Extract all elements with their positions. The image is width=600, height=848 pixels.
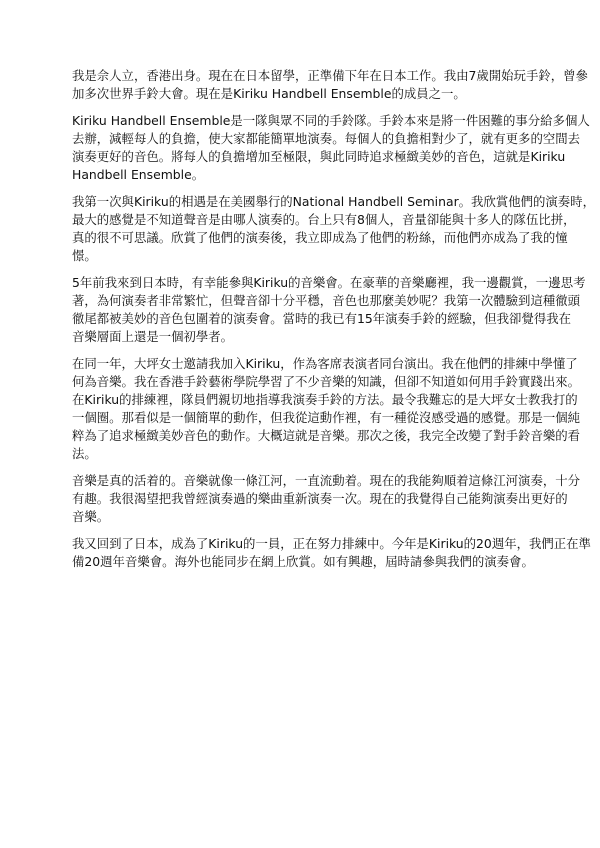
text-line: Handbell Ensemble。 — [72, 166, 534, 184]
text-line: 加多次世界手鈴大會。現在是Kiriku Handbell Ensemble的成員… — [72, 85, 534, 103]
text-line: 粹為了追求極緻美妙音色的動作。大概這就是音樂。那次之後，我完全改變了對手鈴音樂的… — [72, 427, 534, 445]
text-line: 音樂層面上還是一個初學者。 — [72, 328, 534, 346]
text-line: 5年前我來到日本時，有幸能參與Kiriku的音樂會。在豪華的音樂廳裡，我一邊觀賞… — [72, 274, 534, 292]
paragraph-anniversary-concert: 我又回到了日本，成為了Kiriku的一員，正在努力排練中。今年是Kiriku的2… — [72, 535, 534, 571]
paragraph-joining-kiriku: 在同一年，大坪女士邀請我加入Kiriku，作為客席表演者同台演出。我在他們的排練… — [72, 355, 534, 463]
text-line: 我第一次與Kiriku的相遇是在美國舉行的National Handbell S… — [72, 193, 534, 211]
text-line: 有趣。我很渴望把我曾經演奏過的樂曲重新演奏一次。現在的我覺得自己能夠演奏出更好的 — [72, 490, 534, 508]
paragraph-concert-experience: 5年前我來到日本時，有幸能參與Kiriku的音樂會。在豪華的音樂廳裡，我一邊觀賞… — [72, 274, 534, 346]
text-line: 音樂。 — [72, 508, 534, 526]
paragraph-first-encounter: 我第一次與Kiriku的相遇是在美國舉行的National Handbell S… — [72, 193, 534, 265]
text-line: 一個圈。那看似是一個簡單的動作，但我從這動作裡，有一種從沒感受過的感覺。那是一個… — [72, 409, 534, 427]
text-line: 真的很不可思議。欣賞了他們的演奏後，我立即成為了他們的粉絲，而他們亦成為了我的憧 — [72, 229, 534, 247]
text-line: 在Kiriku的排練裡，隊員們親切地指導我演奏手鈴的方法。最令我難忘的是大坪女士… — [72, 391, 534, 409]
text-line: 去辦，減輕每人的負擔，使大家都能簡單地演奏。每個人的負擔相對少了，就有更多的空間… — [72, 130, 534, 148]
text-line: 演奏更好的音色。將每人的負擔增加至極限，與此同時追求極緻美妙的音色，這就是Kir… — [72, 148, 534, 166]
text-line: 最大的感覺是不知道聲音是由哪人演奏的。台上只有8個人，音量卻能與十多人的隊伍比拼… — [72, 211, 534, 229]
text-line: 音樂是真的活着的。音樂就像一條江河，一直流動着。現在的我能夠順着這條江河演奏，十… — [72, 472, 534, 490]
paragraph-introduction: 我是佘人立，香港出身。現在在日本留學，正準備下年在日本工作。我由7歲開始玩手鈴，… — [72, 67, 534, 103]
text-line: 法。 — [72, 445, 534, 463]
text-line: 著，為何演奏者非常繁忙，但聲音卻十分平穩，音色也那麼美妙呢？我第一次體驗到這種徹… — [72, 292, 534, 310]
paragraph-music-is-alive: 音樂是真的活着的。音樂就像一條江河，一直流動着。現在的我能夠順着這條江河演奏，十… — [72, 472, 534, 526]
text-line: 何為音樂。我在香港手鈴藝術學院學習了不少音樂的知識，但卻不知道如何用手鈴實踐出來… — [72, 373, 534, 391]
text-line: 備20週年音樂會。海外也能同步在網上欣賞。如有興趣，屆時請參與我們的演奏會。 — [72, 553, 534, 571]
document-body: 我是佘人立，香港出身。現在在日本留學，正準備下年在日本工作。我由7歲開始玩手鈴，… — [72, 67, 534, 580]
text-line: 憬。 — [72, 247, 534, 265]
text-line: Kiriku Handbell Ensemble是一隊與眾不同的手鈴隊。手鈴本來… — [72, 112, 534, 130]
text-line: 徹尾都被美妙的音色包圍着的演奏會。當時的我已有15年演奏手鈴的經驗，但我卻覺得我… — [72, 310, 534, 328]
text-line: 在同一年，大坪女士邀請我加入Kiriku，作為客席表演者同台演出。我在他們的排練… — [72, 355, 534, 373]
text-line: 我是佘人立，香港出身。現在在日本留學，正準備下年在日本工作。我由7歲開始玩手鈴，… — [72, 67, 534, 85]
text-line: 我又回到了日本，成為了Kiriku的一員，正在努力排練中。今年是Kiriku的2… — [72, 535, 534, 553]
paragraph-ensemble-description: Kiriku Handbell Ensemble是一隊與眾不同的手鈴隊。手鈴本來… — [72, 112, 534, 184]
document-page: 我是佘人立，香港出身。現在在日本留學，正準備下年在日本工作。我由7歲開始玩手鈴，… — [0, 0, 600, 848]
